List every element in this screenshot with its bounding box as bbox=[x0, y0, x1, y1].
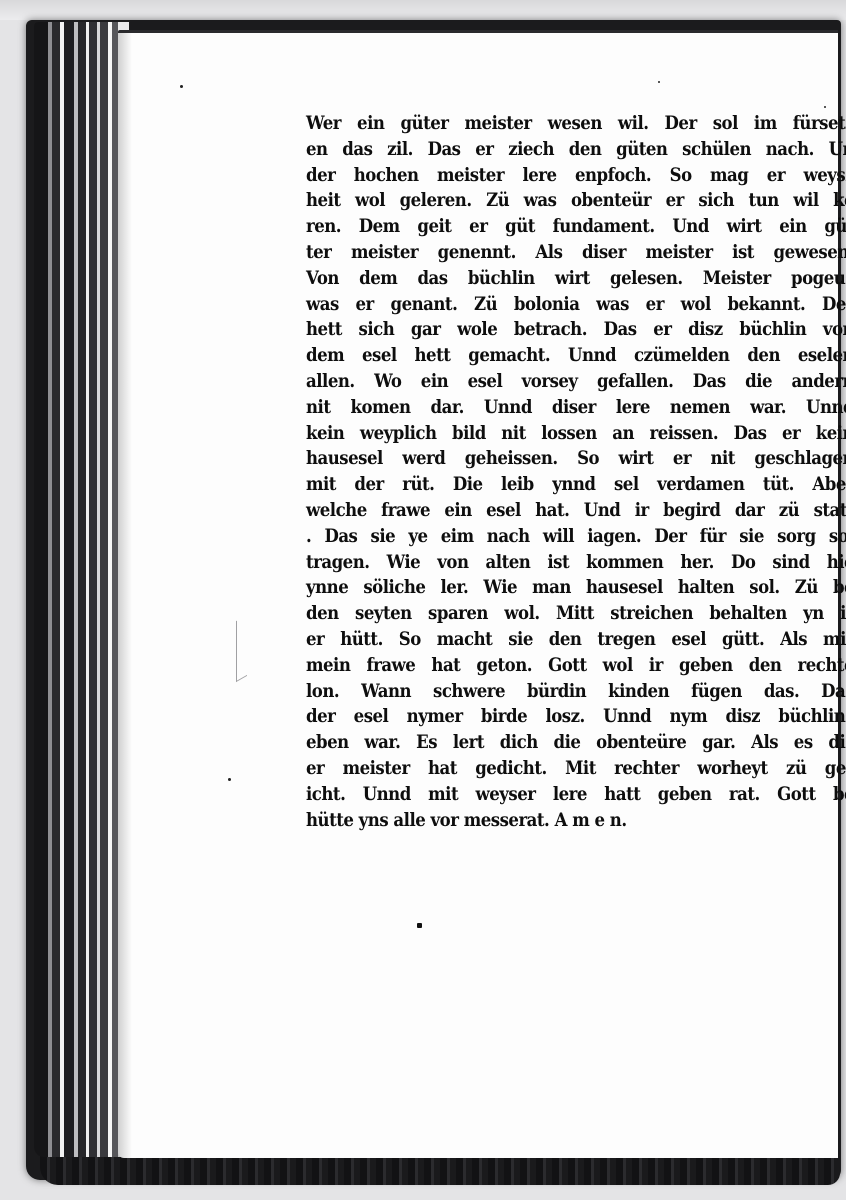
text-line: kein weyplich bild nit lossen an reissen… bbox=[306, 421, 846, 447]
text-line: nit komen dar. Unnd diser lere nemen war… bbox=[306, 395, 846, 421]
text-line: tragen. Wie von alten ist kommen her. Do… bbox=[306, 550, 846, 576]
text-line: ren. Dem geit er güt fundament. Und wirt… bbox=[306, 214, 846, 240]
text-line: . Das sie ye eim nach will iagen. Der fü… bbox=[306, 524, 846, 550]
ink-dot bbox=[417, 923, 422, 928]
text-line: eben war. Es lert dich die obenteüre gar… bbox=[306, 730, 846, 756]
text-line: der hochen meister lere enpfoch. So mag … bbox=[306, 163, 846, 189]
book: Wer ein güter meister wesen wil. Der sol… bbox=[18, 10, 838, 1185]
text-line: lon. Wann schwere bürdin kinden fügen da… bbox=[306, 679, 846, 705]
page-edges bbox=[34, 22, 129, 1157]
text-line: ter meister genennt. Als diser meister i… bbox=[306, 240, 846, 266]
book-page: Wer ein güter meister wesen wil. Der sol… bbox=[118, 30, 838, 1158]
ink-speck bbox=[658, 81, 660, 83]
text-line: Wer ein güter meister wesen wil. Der sol… bbox=[306, 111, 846, 137]
ink-speck bbox=[228, 778, 231, 781]
text-line: dem esel hett gemacht. Unnd czümelden de… bbox=[306, 343, 846, 369]
page-fold-shadow bbox=[118, 33, 132, 1158]
text-line: en das zil. Das er ziech den güten schül… bbox=[306, 137, 846, 163]
text-line: ynne söliche ler. Wie man hausesel halte… bbox=[306, 575, 846, 601]
text-line: welche frawe ein esel hat. Und ir begird… bbox=[306, 498, 846, 524]
text-line: mein frawe hat geton. Gott wol ir geben … bbox=[306, 653, 846, 679]
text-block: Wer ein güter meister wesen wil. Der sol… bbox=[306, 111, 846, 833]
text-line: er meister hat gedicht. Mit rechter worh… bbox=[306, 756, 846, 782]
text-line: mit der rüt. Die leib ynnd sel verdamen … bbox=[306, 472, 846, 498]
text-line: der esel nymer birde losz. Unnd nym disz… bbox=[306, 704, 846, 730]
text-line: den seyten sparen wol. Mitt streichen be… bbox=[306, 601, 846, 627]
text-line: hausesel werd geheissen. So wirt er nit … bbox=[306, 446, 846, 472]
text-line: was er genant. Zü bolonia was er wol bek… bbox=[306, 292, 846, 318]
text-line: er hütt. So macht sie den tregen esel gü… bbox=[306, 627, 846, 653]
page-tear-mark bbox=[236, 615, 247, 682]
text-line-amen: hütte yns alle vor messerat. A m e n. bbox=[306, 808, 846, 834]
ink-speck bbox=[180, 85, 183, 88]
text-line: allen. Wo ein esel vorsey gefallen. Das … bbox=[306, 369, 846, 395]
ink-speck bbox=[824, 106, 826, 108]
text-line: Von dem das büchlin wirt gelesen. Meiste… bbox=[306, 266, 846, 292]
text-line: icht. Unnd mit weyser lere hatt geben ra… bbox=[306, 782, 846, 808]
text-line: hett sich gar wole betrach. Das er disz … bbox=[306, 317, 846, 343]
text-line: heit wol geleren. Zü was obenteür er sic… bbox=[306, 188, 846, 214]
